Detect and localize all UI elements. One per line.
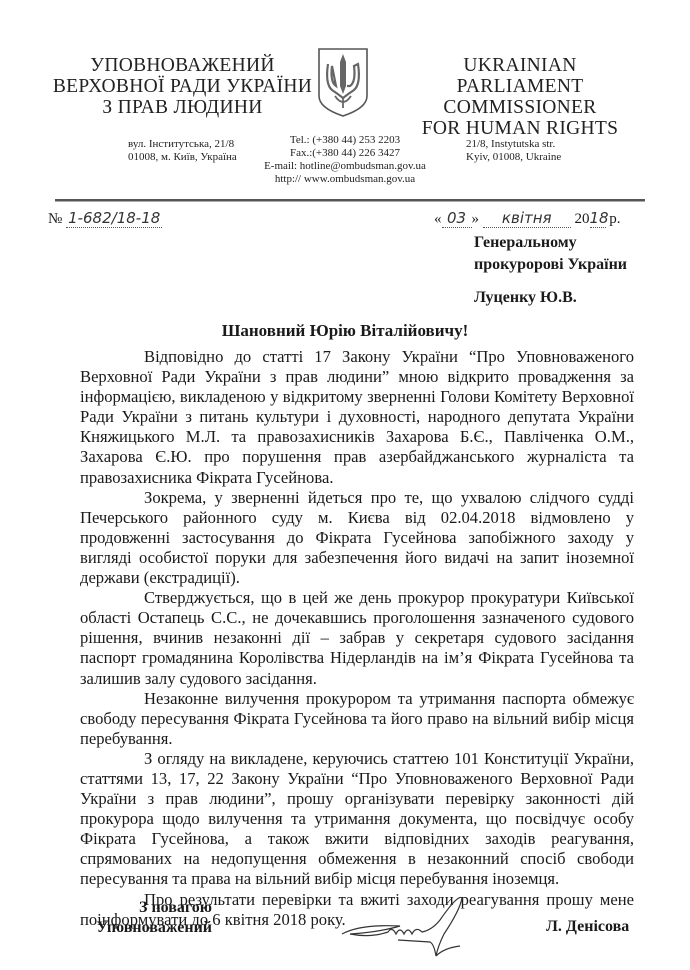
letterhead-divider — [55, 199, 645, 202]
address-en-line-1: 21/8, Instytutska str. — [466, 138, 561, 151]
paragraph: Незаконне вилучення прокурором та утрима… — [80, 689, 634, 749]
signature-icon — [340, 890, 480, 960]
paragraph: Відповідно до статті 17 Закону України “… — [80, 347, 634, 488]
org-ua-line-3: З ПРАВ ЛЮДИНИ — [50, 97, 315, 118]
paragraph: З огляду на викладене, керуючись статтею… — [80, 749, 634, 890]
closing-regards: З повагою — [82, 898, 212, 918]
phone: Tel.: (+380 44) 253 2203 — [200, 134, 490, 147]
letter-body: Відповідно до статті 17 Закону України “… — [80, 347, 634, 930]
salutation: Шановний Юрію Віталійовичу! — [0, 321, 690, 341]
address-english: 21/8, Instytutska str. Kyiv, 01008, Ukra… — [466, 138, 561, 164]
reference-number: № 1-682/18-18 — [48, 209, 162, 228]
date-year-suffix: 18 — [590, 209, 606, 228]
coat-of-arms-icon — [316, 46, 370, 118]
number-sign: № — [48, 211, 62, 227]
fax: Fax.:(+380 44) 226 3427 — [200, 147, 490, 160]
org-ua-line-2: ВЕРХОВНОЇ РАДИ УКРАЇНИ — [50, 76, 315, 97]
date-year-label: р. — [609, 211, 620, 227]
closing-block: З повагою Уповноважений — [82, 898, 212, 938]
signer-name: Л. Денісова — [546, 918, 629, 936]
address-en-line-2: Kyiv, 01008, Ukraine — [466, 151, 561, 164]
org-en-line-1: UKRAINIAN — [395, 55, 645, 76]
org-name-english: UKRAINIAN PARLIAMENT COMMISSIONER FOR HU… — [395, 55, 645, 139]
paragraph: Зокрема, у зверненні йдеться про те, що … — [80, 488, 634, 588]
email-link[interactable]: E-mail: hotline@ombudsman.gov.ua — [200, 160, 490, 173]
recipient-line-2: прокуророві України — [474, 254, 627, 276]
letter-date: «03» квітня 2018 р. — [434, 209, 621, 228]
reference-number-value: 1-682/18-18 — [66, 209, 162, 228]
closing-position: Уповноважений — [82, 918, 212, 938]
date-day: 03 — [442, 209, 472, 228]
date-year-prefix: 20 — [575, 211, 590, 227]
paragraph: Стверджується, що в цей же день прокурор… — [80, 588, 634, 688]
date-open-quote: « — [434, 211, 442, 227]
org-en-line-2: PARLIAMENT COMMISSIONER — [395, 76, 645, 118]
org-name-ukrainian: УПОВНОВАЖЕНИЙ ВЕРХОВНОЇ РАДИ УКРАЇНИ З П… — [50, 55, 315, 118]
recipient-line-1: Генеральному — [474, 232, 627, 254]
date-close-quote: » — [472, 211, 480, 227]
org-ua-line-1: УПОВНОВАЖЕНИЙ — [50, 55, 315, 76]
recipient-name: Луценку Ю.В. — [474, 287, 577, 309]
website-link[interactable]: http:// www.ombudsman.gov.ua — [200, 173, 490, 186]
date-month: квітня — [483, 209, 571, 228]
contact-info: Tel.: (+380 44) 253 2203 Fax.:(+380 44) … — [200, 134, 490, 186]
recipient-title: Генеральному прокуророві України — [474, 232, 627, 276]
